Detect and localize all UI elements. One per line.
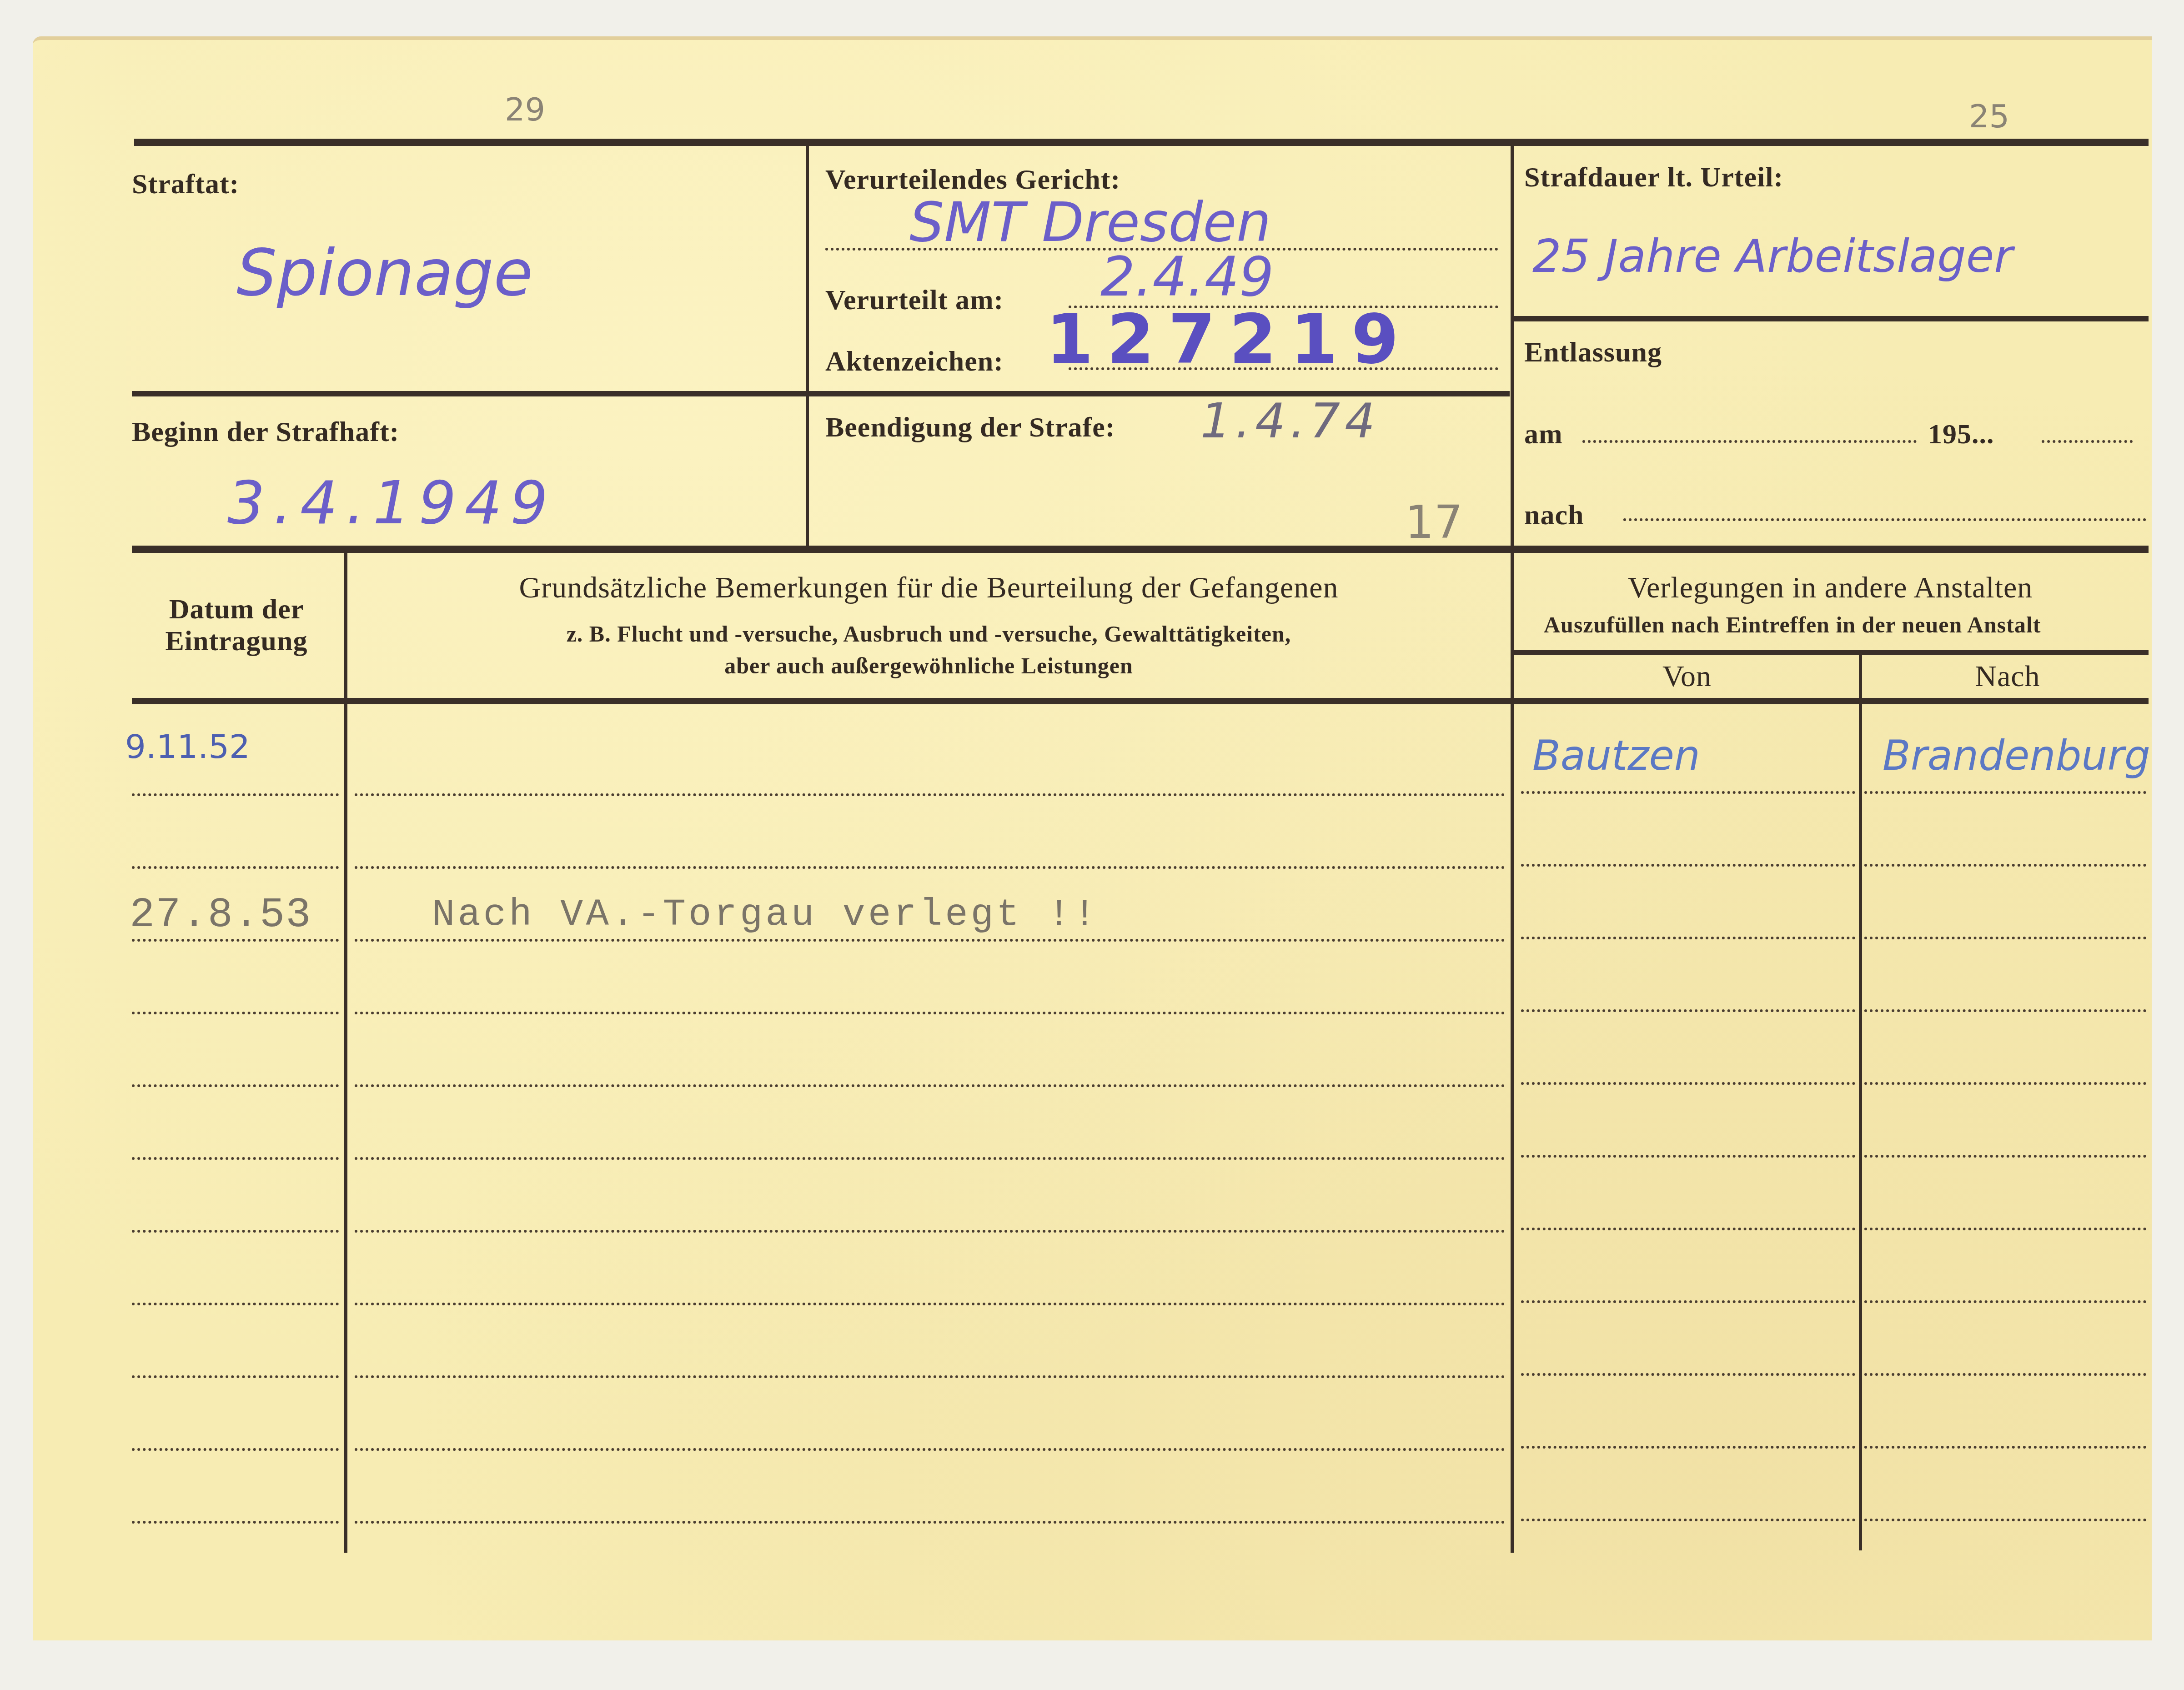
row-to: Brandenburg [1883, 732, 2150, 780]
col-transfer-title: Verlegungen in andere Anstalten [1514, 571, 2146, 605]
start-label: Beginn der Strafhaft: [132, 416, 399, 448]
table-header-bottom-rule [132, 698, 2149, 704]
divider-from-to [1859, 655, 1862, 1550]
row-date: 27.8.53 [130, 891, 311, 939]
rule-offense-bottom [132, 391, 809, 396]
end-label: Beendigung der Strafe: [825, 411, 1115, 444]
sentenced-label: Verurteilt am: [825, 284, 1004, 316]
release-date-line[interactable] [1582, 440, 1917, 443]
release-extra-line[interactable] [2042, 440, 2133, 443]
divider-duration [1511, 145, 1514, 546]
pencil-mark-top-left: 29 [505, 91, 545, 128]
start-value: 3.4.1949 [227, 468, 556, 537]
release-am-label: am [1524, 418, 1563, 451]
divider-court [806, 145, 809, 546]
offense-value: Spionage [236, 236, 533, 311]
row-from: Bautzen [1532, 732, 1700, 780]
col-to-header: Nach [1862, 659, 2153, 694]
pencil-mark-top-right: 25 [1969, 98, 2009, 135]
rule-court-bottom [807, 391, 1510, 396]
col-date-line2: Eintragung [132, 625, 341, 657]
col-date-header: Datum der Eintragung [132, 593, 341, 657]
sentenced-value: 2.4.49 [1100, 246, 1274, 309]
top-rule [134, 139, 2149, 146]
duration-value: 25 Jahre Arbeitslager [1532, 230, 2013, 283]
transfer-sub-rule [1512, 650, 2149, 655]
col-remarks-sub1: z. B. Flucht und -versuche, Ausbruch und… [350, 621, 1507, 647]
release-nach-label: nach [1524, 499, 1584, 532]
col-transfer-sub: Auszufüllen nach Eintreffen in der neuen… [1544, 612, 2041, 638]
col-date-line1: Datum der [132, 593, 341, 625]
file-number-value: 127219 [1046, 300, 1412, 379]
file-number-label: Aktenzeichen: [825, 346, 1004, 378]
col-from-header: Von [1514, 659, 1860, 694]
col-remarks-sub2: aber auch außergewöhnliche Leistungen [350, 652, 1507, 679]
release-label: Entlassung [1524, 336, 1662, 369]
row-remark: Nach VA.-Torgau verlegt !! [432, 893, 1099, 937]
rule-duration-bottom [1512, 316, 2149, 321]
col-remarks-title: Grundsätzliche Bemerkungen für die Beurt… [350, 571, 1507, 605]
table-top-rule [132, 546, 2149, 553]
end-value: 1.4.74 [1200, 393, 1380, 449]
duration-label: Strafdauer lt. Urteil: [1524, 161, 1783, 194]
release-nach-line[interactable] [1623, 518, 2146, 521]
row-date: 9.11.52 [125, 727, 250, 766]
pencil-mark-middle: 17 [1405, 496, 1463, 549]
offense-label: Straftat: [132, 168, 239, 201]
court-value: SMT Dresden [909, 191, 1271, 254]
release-year-prefix: 195... [1928, 418, 1994, 451]
